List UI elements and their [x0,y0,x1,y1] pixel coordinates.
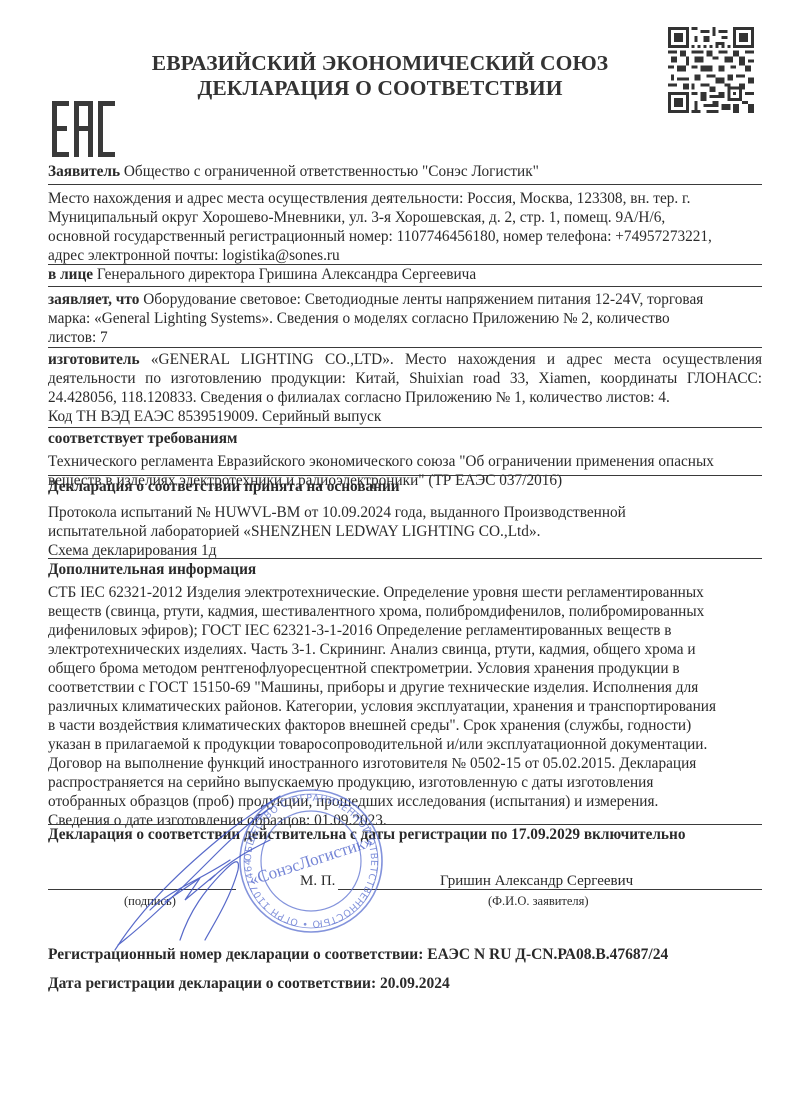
signer-name: Гришин Александр Сергеевич [440,872,720,891]
address-line: Муниципальный округ Хорошево-Мневники, у… [48,208,762,227]
manufacturer-line: Код ТН ВЭД ЕАЭС 8539519009. Серийный вып… [48,407,762,426]
divider [48,558,762,559]
basis-line: Протокола испытаний № HUWVL-BM от 10.09.… [48,503,762,522]
basis-block: Протокола испытаний № HUWVL-BM от 10.09.… [48,503,762,560]
basis-line: испытательной лабораторией «SHENZHEN LED… [48,522,762,541]
divider [48,475,762,476]
divider [48,427,762,428]
document-title: ДЕКЛАРАЦИЯ О СООТВЕТСТВИИ [120,76,640,101]
divider [48,286,762,287]
registration-number-row: Регистрационный номер декларации о соотв… [48,945,762,964]
manufacturer-block: изготовитель «GENERAL LIGHTING CO.,LTD».… [48,350,762,426]
applicant-row: Заявитель Общество с ограниченной ответс… [48,162,762,181]
applicant-label: Заявитель [48,163,120,180]
additional-line: в части воздействия климатических фактор… [48,716,762,735]
declares-block: заявляет, что Оборудование световое: Све… [48,290,762,347]
signer-caption: (Ф.И.О. заявителя) [488,892,638,911]
registration-date-value: 20.09.2024 [376,975,450,992]
manufacturer-line: деятельности по изготовлению продукции: … [48,369,762,388]
eac-mark-icon [50,101,118,157]
registration-date-label: Дата регистрации декларации о соответств… [48,975,376,992]
divider [48,184,762,185]
declaration-page: ЕВРАЗИЙСКИЙ ЭКОНОМИЧЕСКИЙ СОЮЗ ДЕКЛАРАЦИ… [0,0,792,1120]
declares-line: листов: 7 [48,328,762,347]
address-block: Место нахождения и адрес места осуществл… [48,189,762,265]
manufacturer-label: изготовитель [48,351,140,368]
qr-code-icon [668,27,754,113]
declares-line: Оборудование световое: Светодиодные лент… [139,291,703,308]
handwritten-signature-icon [110,790,290,960]
requirements-label: соответствует требованиям [48,429,762,448]
representative-label: в лице [48,266,93,283]
registration-number-label: Регистрационный номер декларации о соотв… [48,946,423,963]
declares-line: марка: «General Lighting Systems». Сведе… [48,309,762,328]
additional-line: общего брома методом рентгенофлуоресцент… [48,659,762,678]
additional-line: Договор на выполнение функций иностранно… [48,754,762,773]
additional-line: дифениловых эфиров); ГОСТ IEC 62321-3-1-… [48,621,762,640]
registration-number-value: ЕАЭС N RU Д-CN.РА08.В.47687/24 [423,946,668,963]
manufacturer-line: 24.428056, 118.120833. Сведения о филиал… [48,388,762,407]
address-line: Место нахождения и адрес места осуществл… [48,189,762,208]
applicant-value: Общество с ограниченной ответственностью… [120,163,539,180]
additional-line: различных климатических районов. Категор… [48,697,762,716]
additional-line: СТБ IEC 62321-2012 Изделия электротехнич… [48,583,762,602]
union-title: ЕВРАЗИЙСКИЙ ЭКОНОМИЧЕСКИЙ СОЮЗ [120,51,640,76]
representative-row: в лице Генерального директора Гришина Ал… [48,265,762,284]
address-line: основной государственный регистрационный… [48,227,762,246]
address-line: адрес электронной почты: logistika@sones… [48,246,762,265]
registration-date-row: Дата регистрации декларации о соответств… [48,974,762,993]
additional-line: веществ (свинца, ртути, кадмия, шестивал… [48,602,762,621]
divider [48,347,762,348]
representative-value: Генерального директора Гришина Александр… [93,266,476,283]
additional-line: электротехнических изделиях. Часть 3-1. … [48,640,762,659]
requirements-line: Технического регламента Евразийского эко… [48,452,762,471]
declares-label: заявляет, что [48,291,139,308]
additional-line: указан в прилагаемой к продукции товарос… [48,735,762,754]
additional-line: соответствии с ГОСТ 15150-69 "Машины, пр… [48,678,762,697]
basis-label: Декларация о соответствии принята на осн… [48,477,762,496]
additional-label: Дополнительная информация [48,560,762,579]
manufacturer-line: «GENERAL LIGHTING CO.,LTD». Место нахожд… [140,351,762,368]
